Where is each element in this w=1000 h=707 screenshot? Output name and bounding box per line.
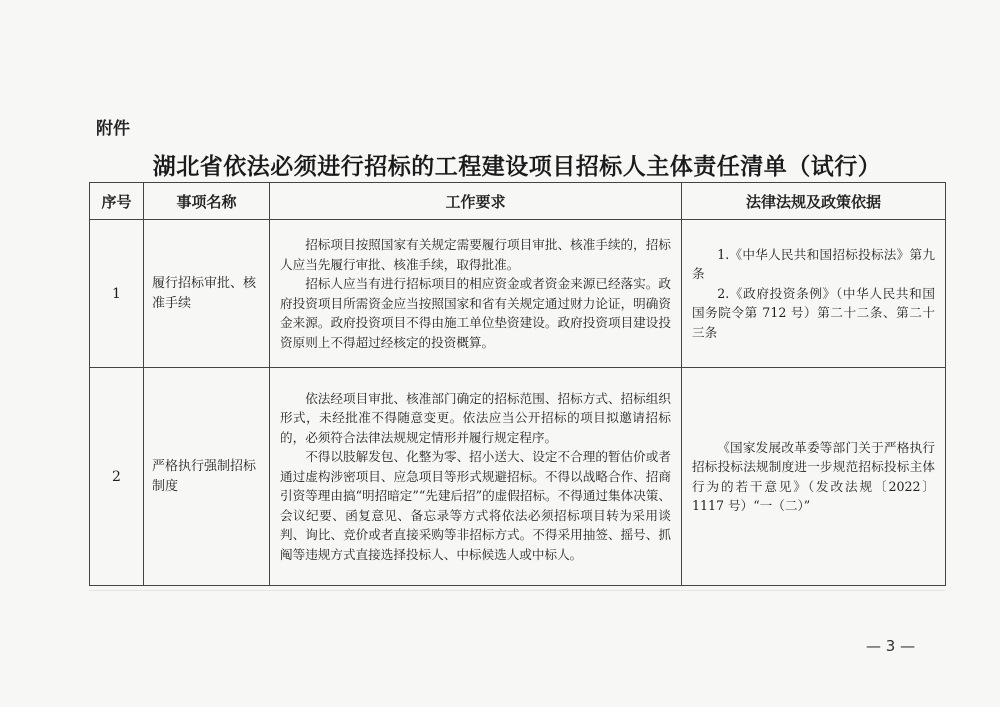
- requirements-cell: 依法经项目审批、核准部门确定的招标范围、招标方式、招标组织形式，未经批准不得随意…: [270, 368, 682, 586]
- table-row: 2 严格执行强制招标制度 依法经项目审批、核准部门确定的招标范围、招标方式、招标…: [90, 368, 946, 586]
- table-row: 1 履行招标审批、核准手续 招标项目按照国家有关规定需要履行项目审批、核准手续的…: [90, 220, 946, 368]
- header-item: 事项名称: [144, 183, 270, 220]
- header-basis: 法律法规及政策依据: [682, 183, 946, 220]
- responsibility-table: 序号 事项名称 工作要求 法律法规及政策依据 1 履行招标审批、核准手续 招标项…: [89, 182, 946, 586]
- requirement-paragraph: 依法经项目审批、核准部门确定的招标范围、招标方式、招标组织形式，未经批准不得随意…: [280, 389, 671, 448]
- page-number: — 3 —: [866, 637, 915, 655]
- table-header-row: 序号 事项名称 工作要求 法律法规及政策依据: [90, 183, 946, 220]
- basis-paragraph: 《国家发展改革委等部门关于严格执行招标投标法规制度进一步规范招标投标主体行为的若…: [692, 438, 935, 516]
- row-number: 1: [90, 220, 144, 368]
- basis-paragraph: 2.《政府投资条例》（中华人民共和国国务院令第 712 号）第二十二条、第二十三…: [692, 284, 935, 343]
- basis-cell: 《国家发展改革委等部门关于严格执行招标投标法规制度进一步规范招标投标主体行为的若…: [682, 368, 946, 586]
- requirement-paragraph: 不得以肢解发包、化整为零、招小送大、设定不合理的暂估价或者通过虚构涉密项目、应急…: [280, 447, 671, 564]
- requirement-paragraph: 招标人应当有进行招标项目的相应资金或者资金来源已经落实。政府投资项目所需资金应当…: [280, 274, 671, 352]
- document-title: 湖北省依法必须进行招标的工程建设项目招标人主体责任清单（试行）: [90, 148, 944, 181]
- item-name: 履行招标审批、核准手续: [144, 220, 270, 368]
- item-name: 严格执行强制招标制度: [144, 368, 270, 586]
- header-no: 序号: [90, 183, 144, 220]
- bleed-through-line: [89, 590, 945, 591]
- header-requirements: 工作要求: [270, 183, 682, 220]
- row-number: 2: [90, 368, 144, 586]
- requirement-paragraph: 招标项目按照国家有关规定需要履行项目审批、核准手续的，招标人应当先履行审批、核准…: [280, 235, 671, 274]
- requirements-cell: 招标项目按照国家有关规定需要履行项目审批、核准手续的，招标人应当先履行审批、核准…: [270, 220, 682, 368]
- attachment-label: 附件: [96, 114, 130, 139]
- basis-cell: 1.《中华人民共和国招标投标法》第九条 2.《政府投资条例》（中华人民共和国国务…: [682, 220, 946, 368]
- basis-paragraph: 1.《中华人民共和国招标投标法》第九条: [692, 245, 935, 284]
